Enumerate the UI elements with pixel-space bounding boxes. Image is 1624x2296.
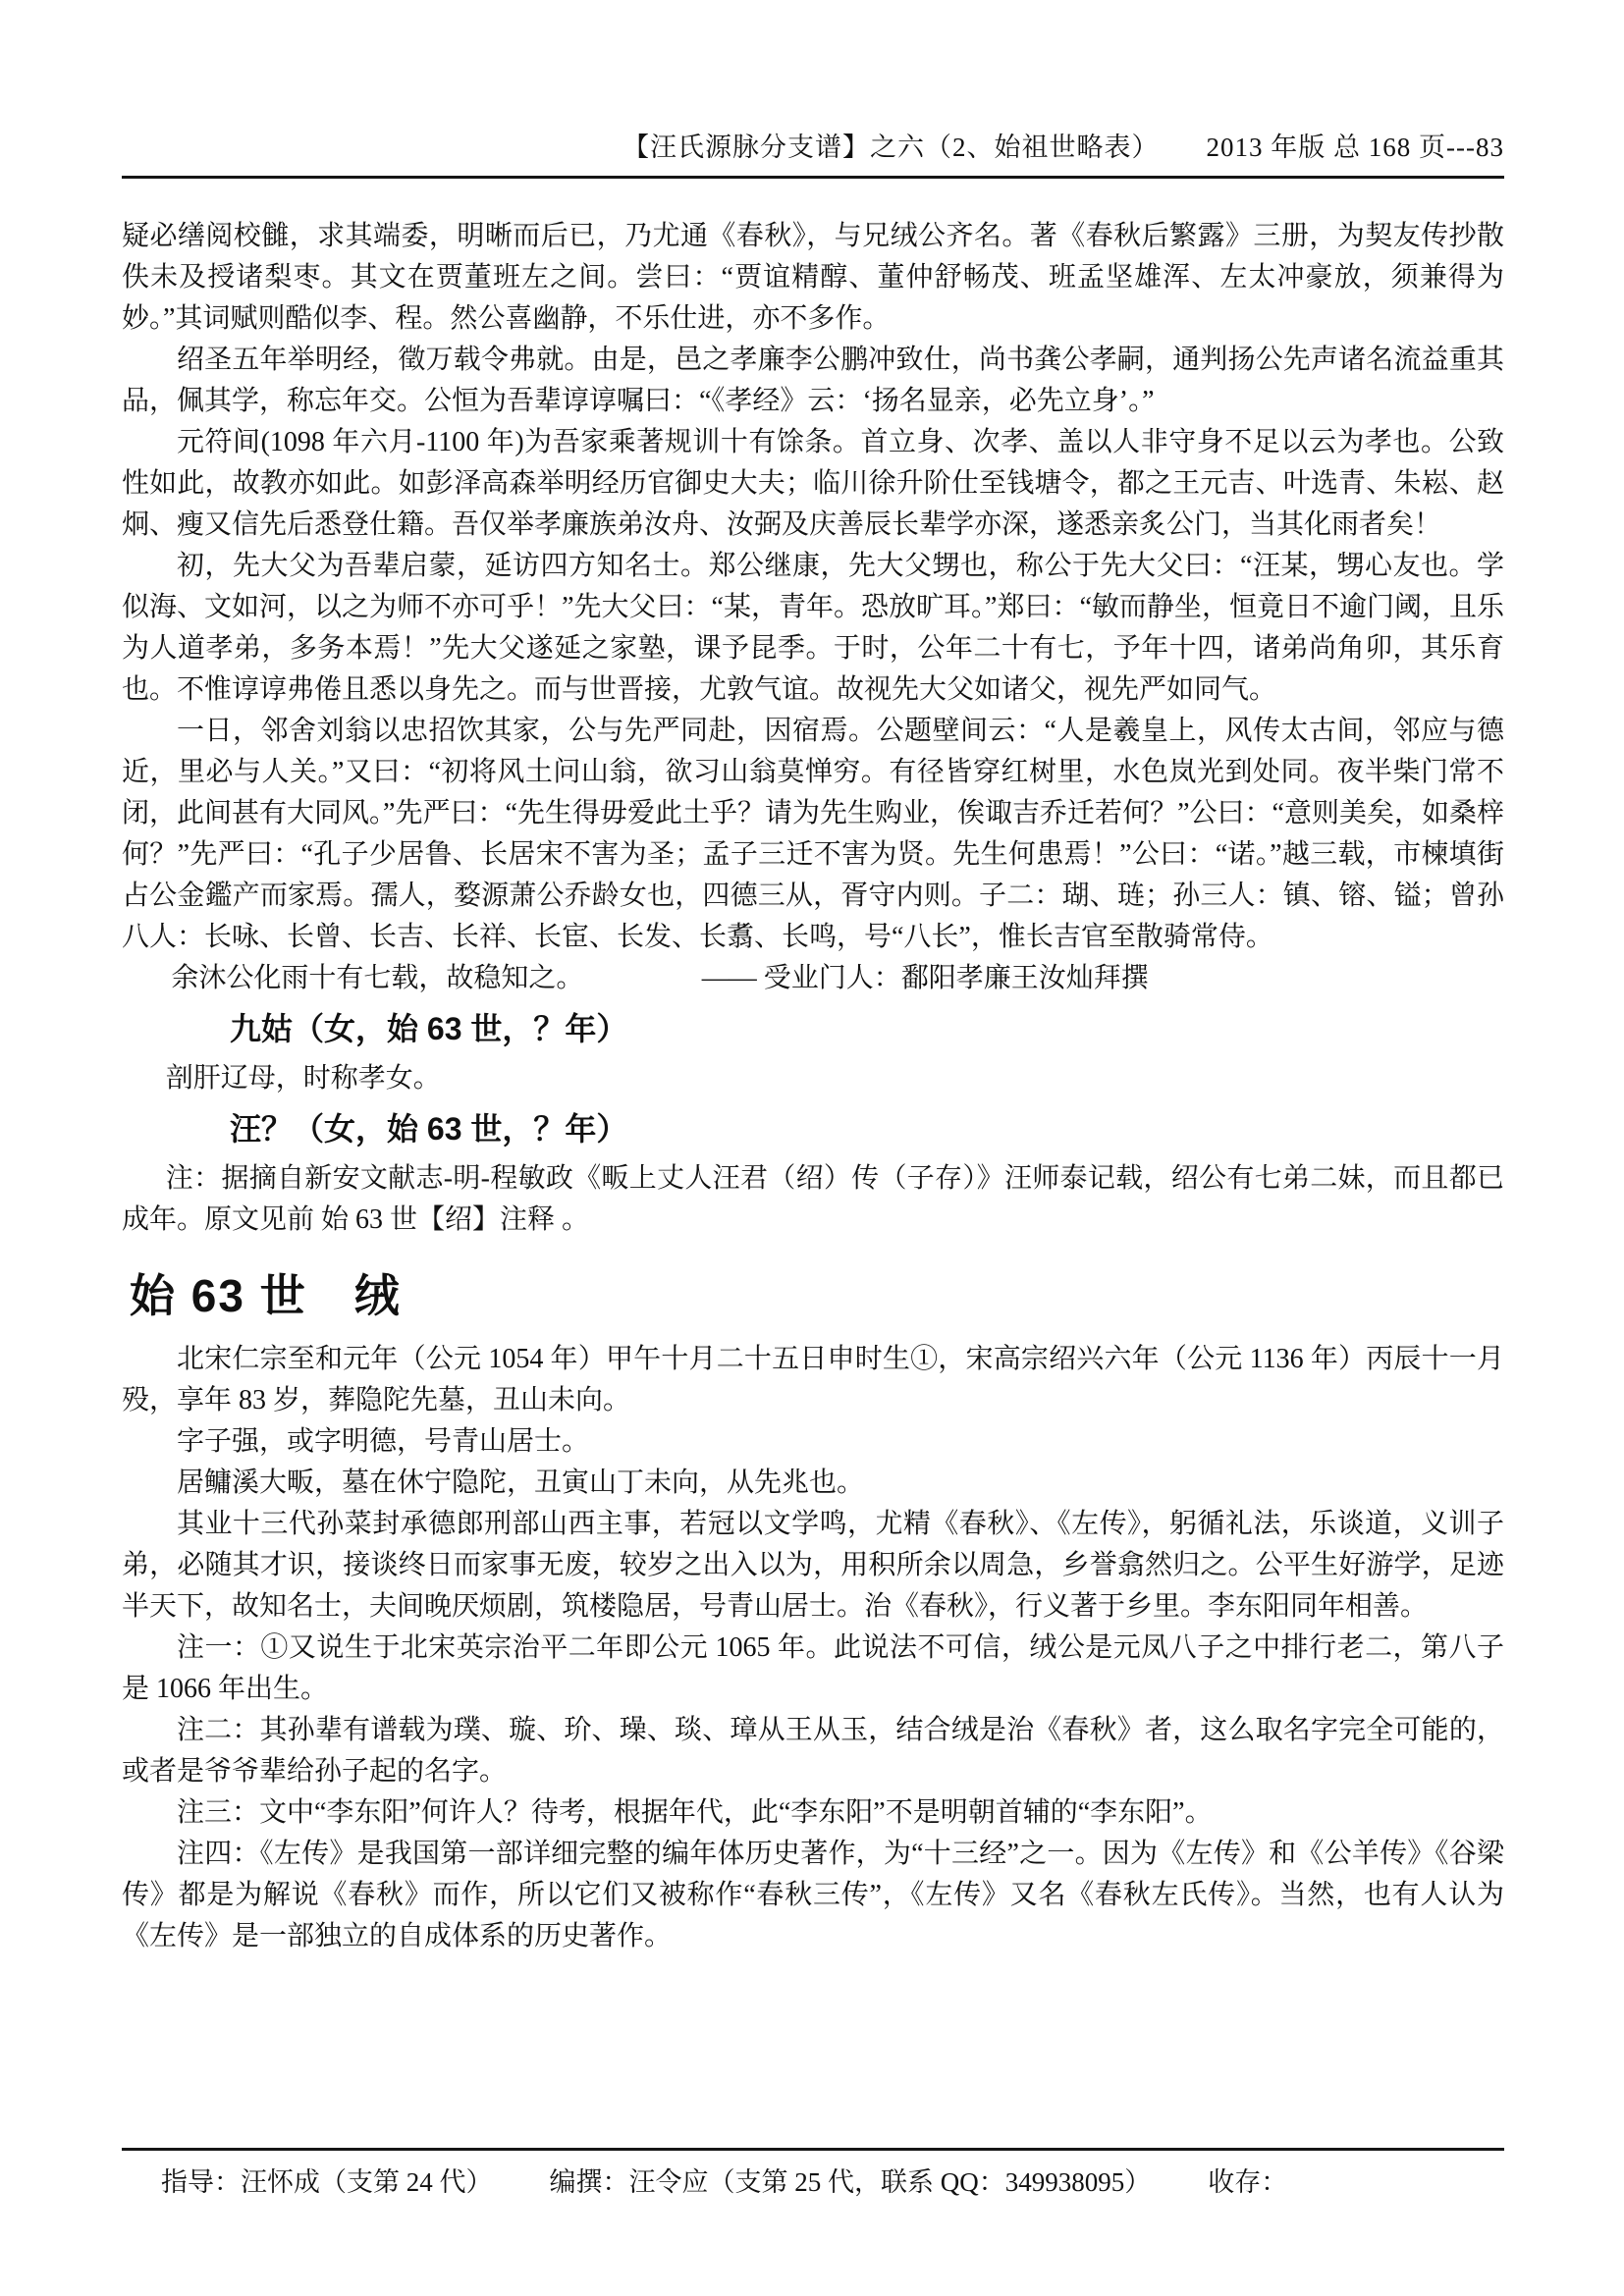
footer-row: 指导：汪怀成（支第 24 代） 编撰：汪令应（支第 25 代，联系 QQ：349…	[122, 2161, 1504, 2199]
header-page-info: 2013 年版 总 168 页---83	[1207, 126, 1504, 164]
paragraph-note4: 注四：《左传》是我国第一部详细完整的编年体历史著作，为“十三经”之一。因为《左传…	[122, 1834, 1504, 1957]
heading-wang-unknown: 汪？（女，始 63 世，？年）	[230, 1103, 1504, 1154]
paragraph-descendants: 其业十三代孙菜封承德郎刑部山西主事，若冠以文学鸣，尤精《春秋》、《左传》，躬循礼…	[122, 1504, 1504, 1628]
page-header: 【汪氏源脉分支谱】之六（2、始祖世略表） 2013 年版 总 168 页---8…	[122, 126, 1504, 179]
header-title: 【汪氏源脉分支谱】之六（2、始祖世略表）	[623, 126, 1160, 164]
paragraph-continuation: 疑必缮阅校雠，求其端委，明晰而后已，乃尤通《春秋》，与兄绒公齐名。著《春秋后繁露…	[122, 216, 1504, 340]
footer-editor: 编撰：汪令应（支第 25 代，联系 QQ：349938095）	[550, 2161, 1152, 2199]
paragraph-note-source: 注：据摘自新安文献志-明-程敏政《畈上丈人汪君（绍）传（子存）》汪师泰记载，绍公…	[122, 1158, 1504, 1241]
paragraph-jiugu: 剖肝辽母，时称孝女。	[122, 1058, 1504, 1099]
page-footer: 指导：汪怀成（支第 24 代） 编撰：汪令应（支第 25 代，联系 QQ：349…	[122, 2148, 1504, 2199]
paragraph-yuanfu: 元符间(1098 年六月-1100 年)为吾家乘著规训十有馀条。首立身、次孝、盖…	[122, 422, 1504, 546]
paragraph-note3: 注三：文中“李东阳”何许人？待考，根据年代，此“李东阳”不是明朝首辅的“李东阳”…	[122, 1792, 1504, 1834]
attribution-left: 余沐公化雨十有七载，故稳知之。	[171, 963, 583, 993]
page-content: 【汪氏源脉分支谱】之六（2、始祖世略表） 2013 年版 总 168 页---8…	[122, 126, 1504, 1957]
body-text: 疑必缮阅校雠，求其端委，明晰而后已，乃尤通《春秋》，与兄绒公齐名。著《春秋后繁露…	[122, 216, 1504, 1957]
paragraph-liuweng: 一日，邻舍刘翁以忠招饮其家，公与先严同赴，因宿焉。公题壁间云：“人是羲皇上，风传…	[122, 711, 1504, 958]
footer-keeper: 收存：	[1208, 2161, 1287, 2199]
attribution-line: 余沐公化雨十有七载，故稳知之。—— 受业门人：鄱阳孝廉王汝灿拜撰	[122, 958, 1504, 999]
paragraph-note1: 注一：①又说生于北宋英宗治平二年即公元 1065 年。此说法不可信，绒公是元凤八…	[122, 1628, 1504, 1710]
paragraph-note2: 注二：其孙辈有谱载为璞、璇、玠、璪、琰、璋从王从玉，结合绒是治《春秋》者，这么取…	[122, 1710, 1504, 1792]
attribution-right: —— 受业门人：鄱阳孝廉王汝灿拜撰	[702, 963, 1149, 993]
heading-jiugu: 九姑（女，始 63 世，？年）	[230, 1003, 1504, 1054]
footer-mentor: 指导：汪怀成（支第 24 代）	[161, 2161, 493, 2199]
paragraph-shaosheng: 绍圣五年举明经，徵万载令弗就。由是，邑之孝廉李公鹏冲致仕，尚书龚公孝嗣，通判扬公…	[122, 340, 1504, 422]
paragraph-residence: 居鳙溪大畈，墓在休宁隐陀，丑寅山丁未向，从先兆也。	[122, 1463, 1504, 1504]
paragraph-qimeng: 初，先大父为吾辈启蒙，延访四方知名士。郑公继康，先大父甥也，称公于先大父曰：“汪…	[122, 546, 1504, 711]
paragraph-courtesy-name: 字子强，或字明德，号青山居士。	[122, 1421, 1504, 1463]
paragraph-birth-death: 北宋仁宗至和元年（公元 1054 年）甲午十月二十五日申时生①，宋高宗绍兴六年（…	[122, 1339, 1504, 1421]
section-title-rong: 始 63 世 绒	[130, 1268, 1504, 1323]
document-page: 【汪氏源脉分支谱】之六（2、始祖世略表） 2013 年版 总 168 页---8…	[0, 0, 1624, 2296]
